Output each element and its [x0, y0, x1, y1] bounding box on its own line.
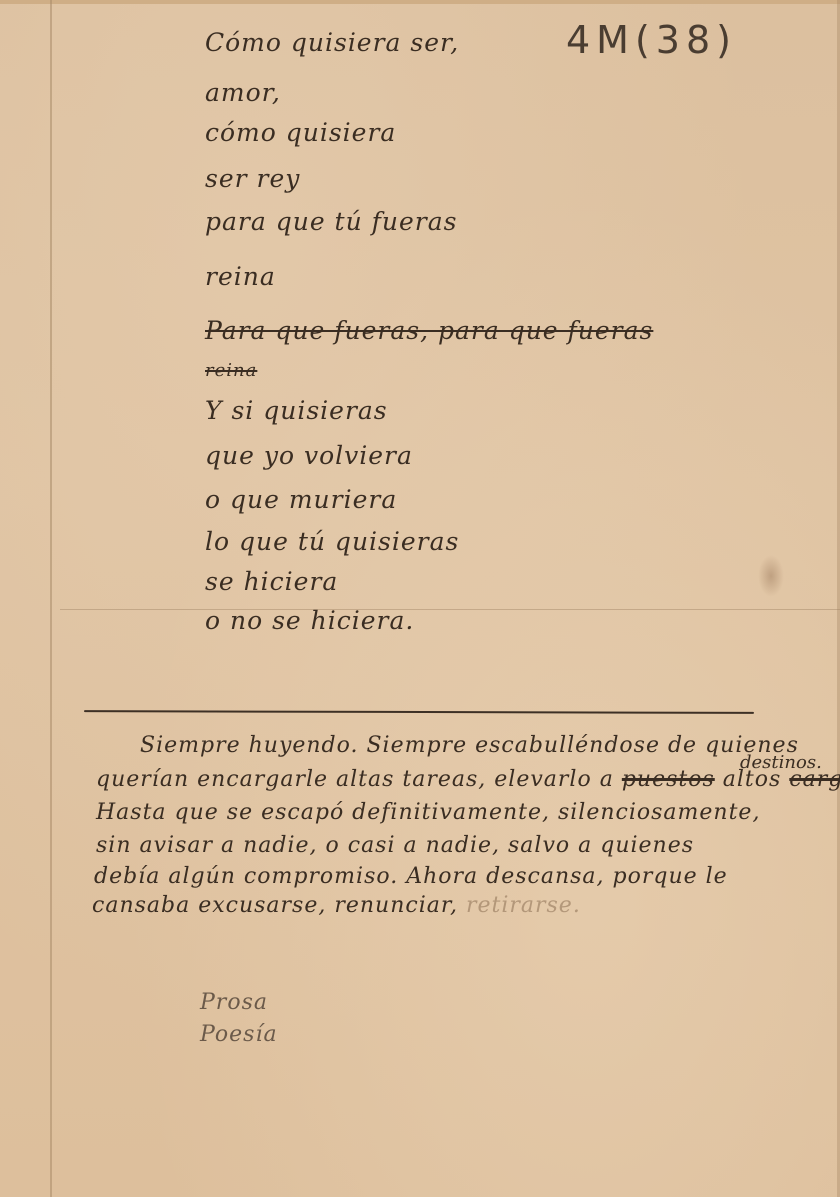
- prose-line: cansaba excusarse, renunciar, retirarse.: [92, 893, 581, 918]
- prose-text: querían encargarle altas tareas, elevarl…: [96, 767, 614, 792]
- prose-line: Siempre huyendo. Siempre escabulléndose …: [140, 733, 799, 758]
- struck-word: puestos: [622, 767, 715, 792]
- poem-line: Cómo quisiera ser,: [205, 28, 459, 57]
- horizontal-fold-line: [60, 609, 840, 610]
- poem-line-struck: reina: [205, 360, 257, 381]
- pencil-note: Poesía: [200, 1022, 278, 1047]
- prose-line: Hasta que se escapó definitivamente, sil…: [96, 800, 760, 825]
- prose-text: cansaba excusarse, renunciar,: [92, 893, 458, 918]
- pencil-note: Prosa: [200, 990, 268, 1015]
- poem-line: ser rey: [205, 164, 300, 193]
- paper-stain: [758, 555, 784, 597]
- poem-line: amor,: [205, 78, 281, 107]
- poem-line: Y si quisieras: [205, 396, 388, 425]
- manuscript-page: 4M(38) Cómo quisiera ser, amor, cómo qui…: [0, 0, 840, 1197]
- prose-line: sin avisar a nadie, o casi a nadie, salv…: [96, 833, 694, 858]
- poem-line: cómo quisiera: [205, 118, 396, 147]
- poem-line: reina: [205, 262, 276, 291]
- prose-line: querían encargarle altas tareas, elevarl…: [96, 767, 840, 792]
- prose-line: debía algún compromiso. Ahora descansa, …: [94, 864, 728, 889]
- poem-line: se hiciera: [205, 567, 338, 596]
- archive-reference-mark: 4M(38): [566, 18, 737, 62]
- poem-line: lo que tú quisieras: [205, 527, 459, 556]
- poem-line: para que tú fueras: [205, 207, 458, 236]
- inserted-word: destinos.: [740, 752, 822, 773]
- poem-line: o que muriera: [205, 485, 397, 514]
- section-divider-line: [84, 710, 754, 714]
- erased-word: retirarse.: [466, 893, 581, 918]
- margin-fold-line: [50, 0, 52, 1197]
- paper-top-edge: [0, 0, 840, 4]
- poem-line: que yo volviera: [205, 441, 413, 470]
- poem-line-struck: Para que fueras, para que fueras: [205, 316, 653, 345]
- poem-line: o no se hiciera.: [205, 606, 414, 635]
